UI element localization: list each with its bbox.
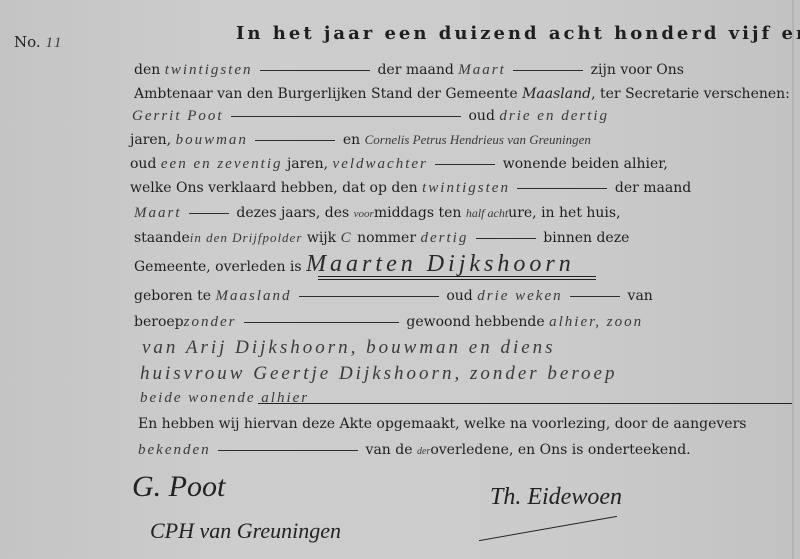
signature-1: G. Poot [132, 470, 225, 504]
declarant-2-name: Cornelis Petrus Hendrieus van Greuningen [365, 132, 591, 147]
line-ambtenaar: Ambtenaar van den Burgerlijken Stand der… [134, 86, 790, 102]
signature-registrar: Th. Eidewoen [490, 484, 622, 511]
line-closing: En hebben wij hiervan deze Akte opgemaak… [138, 416, 746, 432]
rule [517, 188, 607, 189]
certificate-number: No. 11 [14, 33, 63, 52]
line-address: staandein den Drijfpolder wijk C nommer … [134, 230, 629, 246]
rule [244, 322, 399, 323]
signature-2: CPH van Greuningen [150, 518, 341, 544]
parents-line-2: huisvrouw Geertje Dijkshoorn, zonder ber… [140, 366, 617, 382]
relation: bekenden [138, 442, 211, 458]
page-edge [792, 0, 794, 559]
rule [570, 296, 620, 297]
residence: alhier, zoon [549, 314, 643, 330]
birthplace: Maasland [215, 288, 291, 304]
declarant-1-age: drie en dertig [499, 108, 609, 124]
rule [189, 213, 229, 214]
number-label: No. [14, 33, 41, 51]
time-of-day: voor [354, 208, 374, 220]
municipality: Maasland [522, 86, 591, 102]
location: in den Drijfpolder [190, 230, 303, 245]
line-date: den twintigsten der maand Maart zijn voo… [134, 62, 684, 78]
rule [299, 296, 439, 297]
line-declarant-1: Gerrit Poot oud drie en dertig [132, 108, 609, 124]
declarant-1-occupation: bouwman [176, 132, 248, 148]
declarant-2-age: een en zeventig [161, 156, 283, 172]
day-handwritten: twintigsten [165, 62, 253, 78]
line-time: Maart dezes jaars, des voormiddags ten h… [134, 205, 621, 222]
month-handwritten: Maart [458, 62, 506, 78]
house-number: dertig [421, 230, 469, 246]
rule [513, 70, 583, 71]
rule [231, 116, 461, 117]
death-day: twintigsten [422, 180, 510, 196]
declarant-2-occupation: veldwachter [333, 156, 428, 172]
signature-flourish [479, 516, 617, 541]
line-deceased: Gemeente, overleden is Maarten Dijkshoor… [134, 256, 575, 275]
parents-line-1: van Arij Dijkshoorn, bouwman en diens [142, 340, 556, 356]
death-hour: half acht [466, 206, 508, 220]
scanned-document: No. 11 In het jaar een duizend acht hond… [0, 0, 800, 559]
rule [218, 450, 358, 451]
rule [435, 164, 495, 165]
deceased-occupation: zonder [184, 314, 237, 330]
line-closing-2: bekenden van de deroverledene, en Ons is… [138, 442, 691, 460]
document-title: In het jaar een duizend acht honderd vij… [236, 26, 800, 42]
line-occupation: beroepzonder gewoond hebbende alhier, zo… [134, 314, 643, 330]
rule [260, 70, 370, 71]
underline [318, 279, 596, 280]
rule [255, 140, 335, 141]
line-birth: geboren te Maasland oud drie weken van [134, 288, 653, 304]
declarant-1-name: Gerrit Poot [132, 108, 224, 124]
number-value: 11 [45, 35, 63, 51]
ward: C [341, 230, 353, 246]
deceased-name: Maarten Dijkshoorn [306, 251, 575, 277]
line-declarant-2: jaren, bouwman en Cornelis Petrus Hendri… [130, 132, 591, 148]
underline [318, 276, 596, 277]
rule [476, 238, 536, 239]
line-declarant-2-details: oud een en zeventig jaren, veldwachter w… [130, 156, 668, 172]
death-month: Maart [134, 205, 182, 221]
deceased-age: drie weken [477, 288, 562, 304]
line-declaration: welke Ons verklaard hebben, dat op den t… [130, 180, 691, 196]
rule [258, 403, 792, 404]
